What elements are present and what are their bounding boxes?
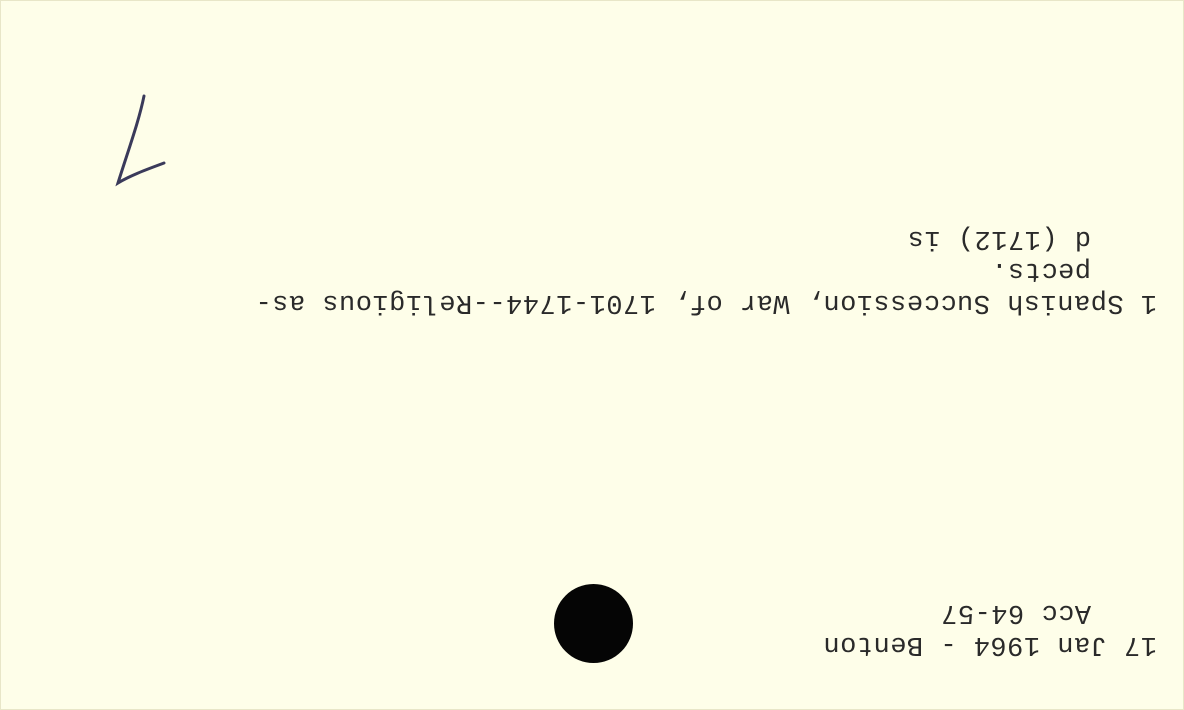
- subject-heading-line-3: d (1712) is: [907, 223, 1091, 253]
- accession-number-line: Acc 64-57: [941, 597, 1091, 627]
- subject-heading-line-2: pects.: [991, 255, 1091, 285]
- punch-hole: [554, 584, 633, 663]
- accession-date-line: 17 Jan 1964 - Benton: [823, 629, 1157, 659]
- pencil-mark-icon: [106, 91, 176, 191]
- subject-heading-line-1: 1 Spanish Succession, War of, 1701-1744-…: [255, 287, 1157, 317]
- index-card: 1 Spanish Succession, War of, 1701-1744-…: [0, 0, 1184, 710]
